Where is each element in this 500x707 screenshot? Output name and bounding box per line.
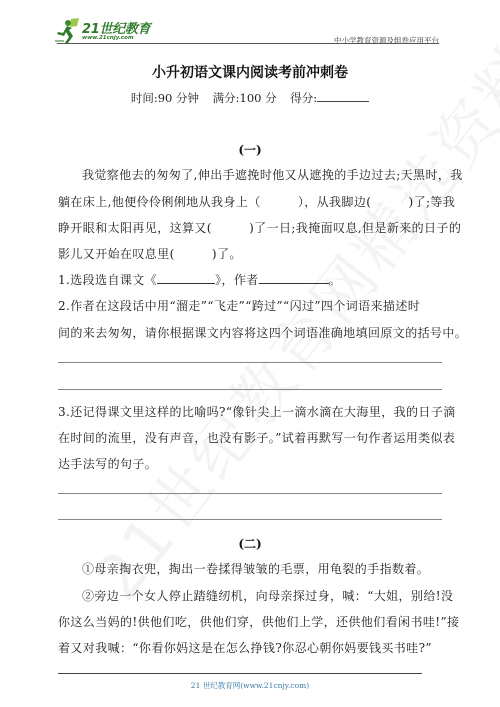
question-3-line: 在时间的流里，没有声音，也没有影子。”试着再默写一句作者运用类似表 xyxy=(58,429,455,446)
passage-line: ①母亲掏衣兜，掏出一卷揉得皱皱的毛票，用龟裂的手指数着。 xyxy=(82,560,429,577)
logo-url: www.21cnjy.com xyxy=(82,35,134,41)
platform-slogan: 中小学教育资源及组卷应用平台 xyxy=(334,35,439,46)
q1-suffix: 。 xyxy=(329,273,341,287)
question-3-line: 达手法写的句子。 xyxy=(58,455,157,472)
passage-line: 我觉察他去的匆匆了,伸出手遮挽时他又从遮挽的手边过去;天黑时，我 xyxy=(82,166,463,183)
passage-line: 躺在床上,他便伶伶俐俐地从我身上（ ），从我脚边( )了;等我 xyxy=(58,193,455,210)
score-label: 得分: xyxy=(290,91,317,105)
watermark: 21世纪教育网精选资料 xyxy=(70,23,500,614)
question-1: 1.选段选自课文《》，作者。 xyxy=(58,271,341,288)
page-title: 小升初语文课内阅读考前冲刺卷 xyxy=(0,62,500,82)
question-3-line: 3.还记得课文里这样的比喻吗?“像针尖上一滴水滴在大海里，我的日子滴 xyxy=(58,403,456,420)
passage-line: 着又对我喊：“你看你妈这是在怎么挣钱?你忍心朝你妈要钱买书哇?” xyxy=(58,639,432,656)
header-divider xyxy=(57,43,439,44)
q1-author-blank[interactable] xyxy=(259,272,329,284)
answer-line[interactable] xyxy=(58,493,442,494)
passage-line: ②旁边一个女人停止踏缝纫机，向母亲探过身，喊：“大姐，别给!没 xyxy=(82,587,453,604)
answer-line[interactable] xyxy=(58,519,442,520)
footer-text: 21 世纪教育网(www.21cnjy.com) xyxy=(0,680,500,691)
section-heading-1: (一) xyxy=(0,141,500,158)
q1-title-blank[interactable] xyxy=(157,272,215,284)
question-2-line: 2.作者在这段话中用“溜走”“飞走”“跨过”“闪过”四个词语来描述时 xyxy=(58,297,420,314)
logo: 21世纪教育 www.21cnjy.com xyxy=(55,17,155,45)
answer-line[interactable] xyxy=(58,362,442,363)
runner-logo-icon xyxy=(55,17,81,44)
passage-line: 你这么当妈的!供他们吃，供他们穿，供他们上学，还供他们看闲书哇!”接 xyxy=(58,613,459,630)
full-score: 满分:100 分 xyxy=(213,91,277,105)
question-2-line: 间的来去匆匆，请你根据课文内容将这四个词语准确地填回原文的括号中。 xyxy=(58,324,467,341)
q1-prefix: 1.选段选自课文《 xyxy=(58,273,157,287)
passage-line: 影儿又开始在叹息里( )了。 xyxy=(58,245,242,262)
score-blank[interactable] xyxy=(317,91,369,102)
footer-divider xyxy=(58,673,422,674)
section-heading-2: (二) xyxy=(0,535,500,552)
passage-line: 睁开眼和太阳再见，这算又( )了一日;我掩面叹息,但是新来的日子的 xyxy=(58,219,461,236)
score-field[interactable]: 得分: xyxy=(290,91,369,105)
exam-time: 时间:90 分钟 xyxy=(131,91,199,105)
q1-middle: 》，作者 xyxy=(215,273,259,287)
answer-line[interactable] xyxy=(58,389,442,390)
page-header: 21世纪教育 www.21cnjy.com 中小学教育资源及组卷应用平台 xyxy=(0,0,500,50)
exam-meta: 时间:90 分钟 满分:100 分 得分: xyxy=(0,90,500,106)
